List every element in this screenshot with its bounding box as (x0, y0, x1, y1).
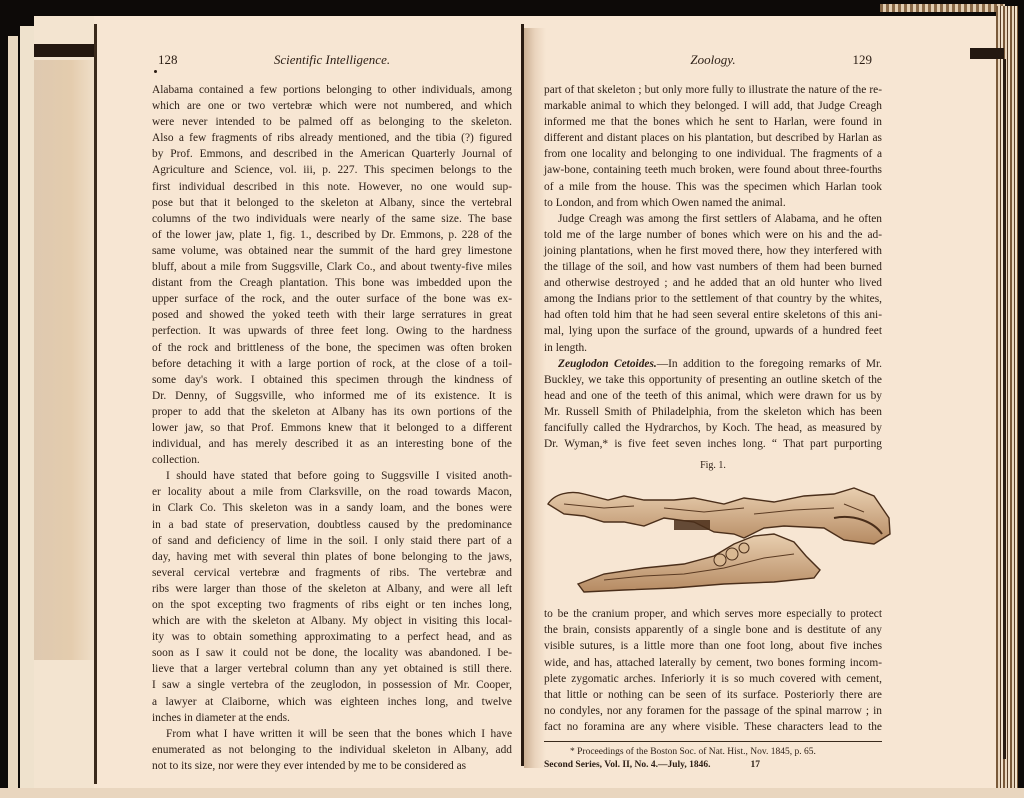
text-line: were never intended to be palmed off as … (152, 114, 512, 130)
text-line: not to its size, nor were they ever inte… (152, 758, 512, 774)
gutter-shadow (524, 28, 546, 768)
text-line: from one locality and belonging to one i… (544, 146, 882, 162)
text-line: among the Indians prior to the settlemen… (544, 291, 882, 307)
text-line: on the spot excepting two fragments of r… (152, 597, 512, 613)
page-edge-stack-top (880, 4, 1005, 12)
text-line: told me of the large number of bones whi… (544, 227, 882, 243)
text-line: the tillage of the soil, and how vast nu… (544, 259, 882, 275)
text-line: before detaching it with a large portion… (152, 356, 512, 372)
page-border-line (94, 24, 97, 784)
page-edge-bar (34, 44, 96, 57)
text-line: several cervical vertebræ and fragments … (152, 565, 512, 581)
text-line: of the rock and brittleness of the bone,… (152, 340, 512, 356)
paragraph-group: part of that skeleton ; but only more fu… (544, 82, 882, 356)
text-line: Dr. Wyman,* is five feet seven inches lo… (544, 436, 882, 452)
text-line: collection. (152, 452, 512, 468)
text-line: markable animal to which they belonged. … (544, 98, 882, 114)
text-line: that little or nothing can be seen of it… (544, 687, 882, 703)
text-line: lieve that a larger vertebral column tha… (152, 661, 512, 677)
text-line: Buckley, we take this opportunity of pre… (544, 372, 882, 388)
text-line: proper to add that the skeleton at Alban… (152, 404, 512, 420)
text-line: day, having met with several thin plates… (152, 549, 512, 565)
page-bottom-edge (0, 788, 1024, 798)
text-line: some day's work. I obtained this specime… (152, 372, 512, 388)
text-line: From what I have written it will be seen… (152, 726, 512, 742)
text-line: head and one of the teeth of this animal… (544, 388, 882, 404)
text-line: perfection. It was upwards of three feet… (152, 323, 512, 339)
left-page: 128 Scientific Intelligence. Alabama con… (152, 52, 512, 774)
section-heading: Zeuglodon Cetoides. (558, 358, 657, 370)
body-text: Alabama contained a few portions belongi… (152, 82, 512, 774)
text-line: in length. (544, 340, 882, 356)
text-line: bluff, about a mile from Suggsville, Cla… (152, 259, 512, 275)
series-signature: Second Series, Vol. II, No. 4.—July, 184… (544, 760, 711, 770)
signature-line: Second Series, Vol. II, No. 4.—July, 184… (544, 759, 882, 772)
text-line: I saw a single vertebra of the zeuglodon… (152, 677, 512, 693)
text-line: upper surface of the rock, and the outer… (152, 291, 512, 307)
text-line: of a mile from the house. This was the s… (544, 179, 882, 195)
text-line: ribs were larger than those of the skele… (152, 581, 512, 597)
text-line: Also a few fragments of ribs already men… (152, 130, 512, 146)
text-line: first individual described in this note.… (152, 179, 512, 195)
ink-dot (154, 70, 157, 73)
text-line: by Prof. Emmons, and described in the Am… (152, 146, 512, 162)
paragraph-group: Buckley, we take this opportunity of pre… (544, 372, 882, 452)
text-line: no condyles, nor any foramen for the pas… (544, 703, 882, 719)
text-line: individual, and has merely described it … (152, 436, 512, 452)
text-line: soon as I saw it could not be done, the … (152, 645, 512, 661)
page-edge-stack-right (996, 6, 1018, 796)
page-edge-shadow (1003, 59, 1006, 759)
body-text: part of that skeleton ; but only more fu… (544, 82, 882, 772)
text-line: the brain, consists apparently of a sing… (544, 622, 882, 638)
text-line: joining plantations, when he first moved… (544, 243, 882, 259)
page-edge-stack (20, 26, 34, 788)
text-line: ity was to obtain something approximatin… (152, 629, 512, 645)
text-line: plete zygomatic arches. Inferiorly it is… (544, 671, 882, 687)
text-line: Agriculture and Science, vol. iii, p. 22… (152, 162, 512, 178)
page-edge-bar (970, 48, 1004, 59)
text-line: Mr. Russell Smith of Philadelphia, from … (544, 404, 882, 420)
running-header: Zoology. 129 (544, 52, 882, 72)
text-line: which are with the skeleton at Albany. M… (152, 613, 512, 629)
text-line: which are one or two vertebræ which were… (152, 98, 512, 114)
text-line: I should have stated that before going t… (152, 468, 512, 484)
text-line: —In addition to the foregoing remarks of… (657, 358, 882, 370)
footnote: * Proceedings of the Boston Soc. of Nat.… (544, 746, 882, 759)
text-line: informed me that the bones which he sent… (544, 114, 882, 130)
text-line: distant from the Creagh plantation. This… (152, 275, 512, 291)
text-line: to be the cranium proper, and which serv… (544, 606, 882, 622)
running-header: 128 Scientific Intelligence. (152, 52, 512, 72)
text-line: inches in diameter at the ends. (152, 710, 512, 726)
text-line: a lawyer at Claiborne, which was eightee… (152, 694, 512, 710)
text-line: same volume, was obtained near the summi… (152, 243, 512, 259)
text-line: in Clark Co. This skeleton was in a sand… (152, 500, 512, 516)
text-line: in a bad state of preservation, doubtles… (152, 517, 512, 533)
paper-stain (34, 60, 96, 660)
text-line: different and distant places on his plan… (544, 130, 882, 146)
text-line: of the lower jaw, plate 1, fig. 1., desc… (152, 227, 512, 243)
text-line: lower jaw, so that Prof. Emmons knew tha… (152, 420, 512, 436)
text-line: part of that skeleton ; but only more fu… (544, 82, 882, 98)
figure-caption: Fig. 1. (544, 458, 882, 474)
skull-sketch-icon (544, 478, 894, 600)
paragraph-group: to be the cranium proper, and which serv… (544, 606, 882, 735)
text-line: columns of the two individuals were near… (152, 211, 512, 227)
section-first-line: Zeuglodon Cetoides.—In addition to the f… (544, 356, 882, 372)
running-title: Scientific Intelligence. (152, 52, 512, 68)
footnote-rule (544, 741, 882, 742)
text-line: wide, and has, attached laterally by cem… (544, 655, 882, 671)
text-line: Dr. Denny, of Suggsville, who informed m… (152, 388, 512, 404)
text-line: er locality about a mile from Clarksvill… (152, 484, 512, 500)
running-title: Zoology. (544, 52, 882, 68)
text-line: posed and showed the yoked teeth with th… (152, 307, 512, 323)
text-line: of sand and deficiency of lime in the so… (152, 533, 512, 549)
text-line: pose but that it belonged to the skeleto… (152, 195, 512, 211)
text-line: to London, and from which Owen named the… (544, 195, 882, 211)
text-line: and otherwise destroyed ; and he added t… (544, 275, 882, 291)
text-line: Judge Creagh was among the first settler… (544, 211, 882, 227)
right-page: Zoology. 129 part of that skeleton ; but… (544, 52, 882, 772)
text-line: jaw-bone, containing teeth much broken, … (544, 162, 882, 178)
page-number: 129 (853, 52, 873, 68)
text-line: enumerated as not belonging to the indiv… (152, 742, 512, 758)
page-edge-stack (8, 36, 18, 788)
zeuglodon-skull-figure (544, 478, 882, 600)
text-line: fact no foramina are any where visible. … (544, 719, 882, 735)
text-line: had often told him that he had seen seve… (544, 307, 882, 323)
signature-mark: 17 (751, 760, 761, 770)
text-line: Alabama contained a few portions belongi… (152, 82, 512, 98)
text-line: visible sutures, is a little more than o… (544, 638, 882, 654)
text-line: fancifully called the Hydrarchos, by Koc… (544, 420, 882, 436)
text-line: mal, lying upon the surface of the groun… (544, 323, 882, 339)
